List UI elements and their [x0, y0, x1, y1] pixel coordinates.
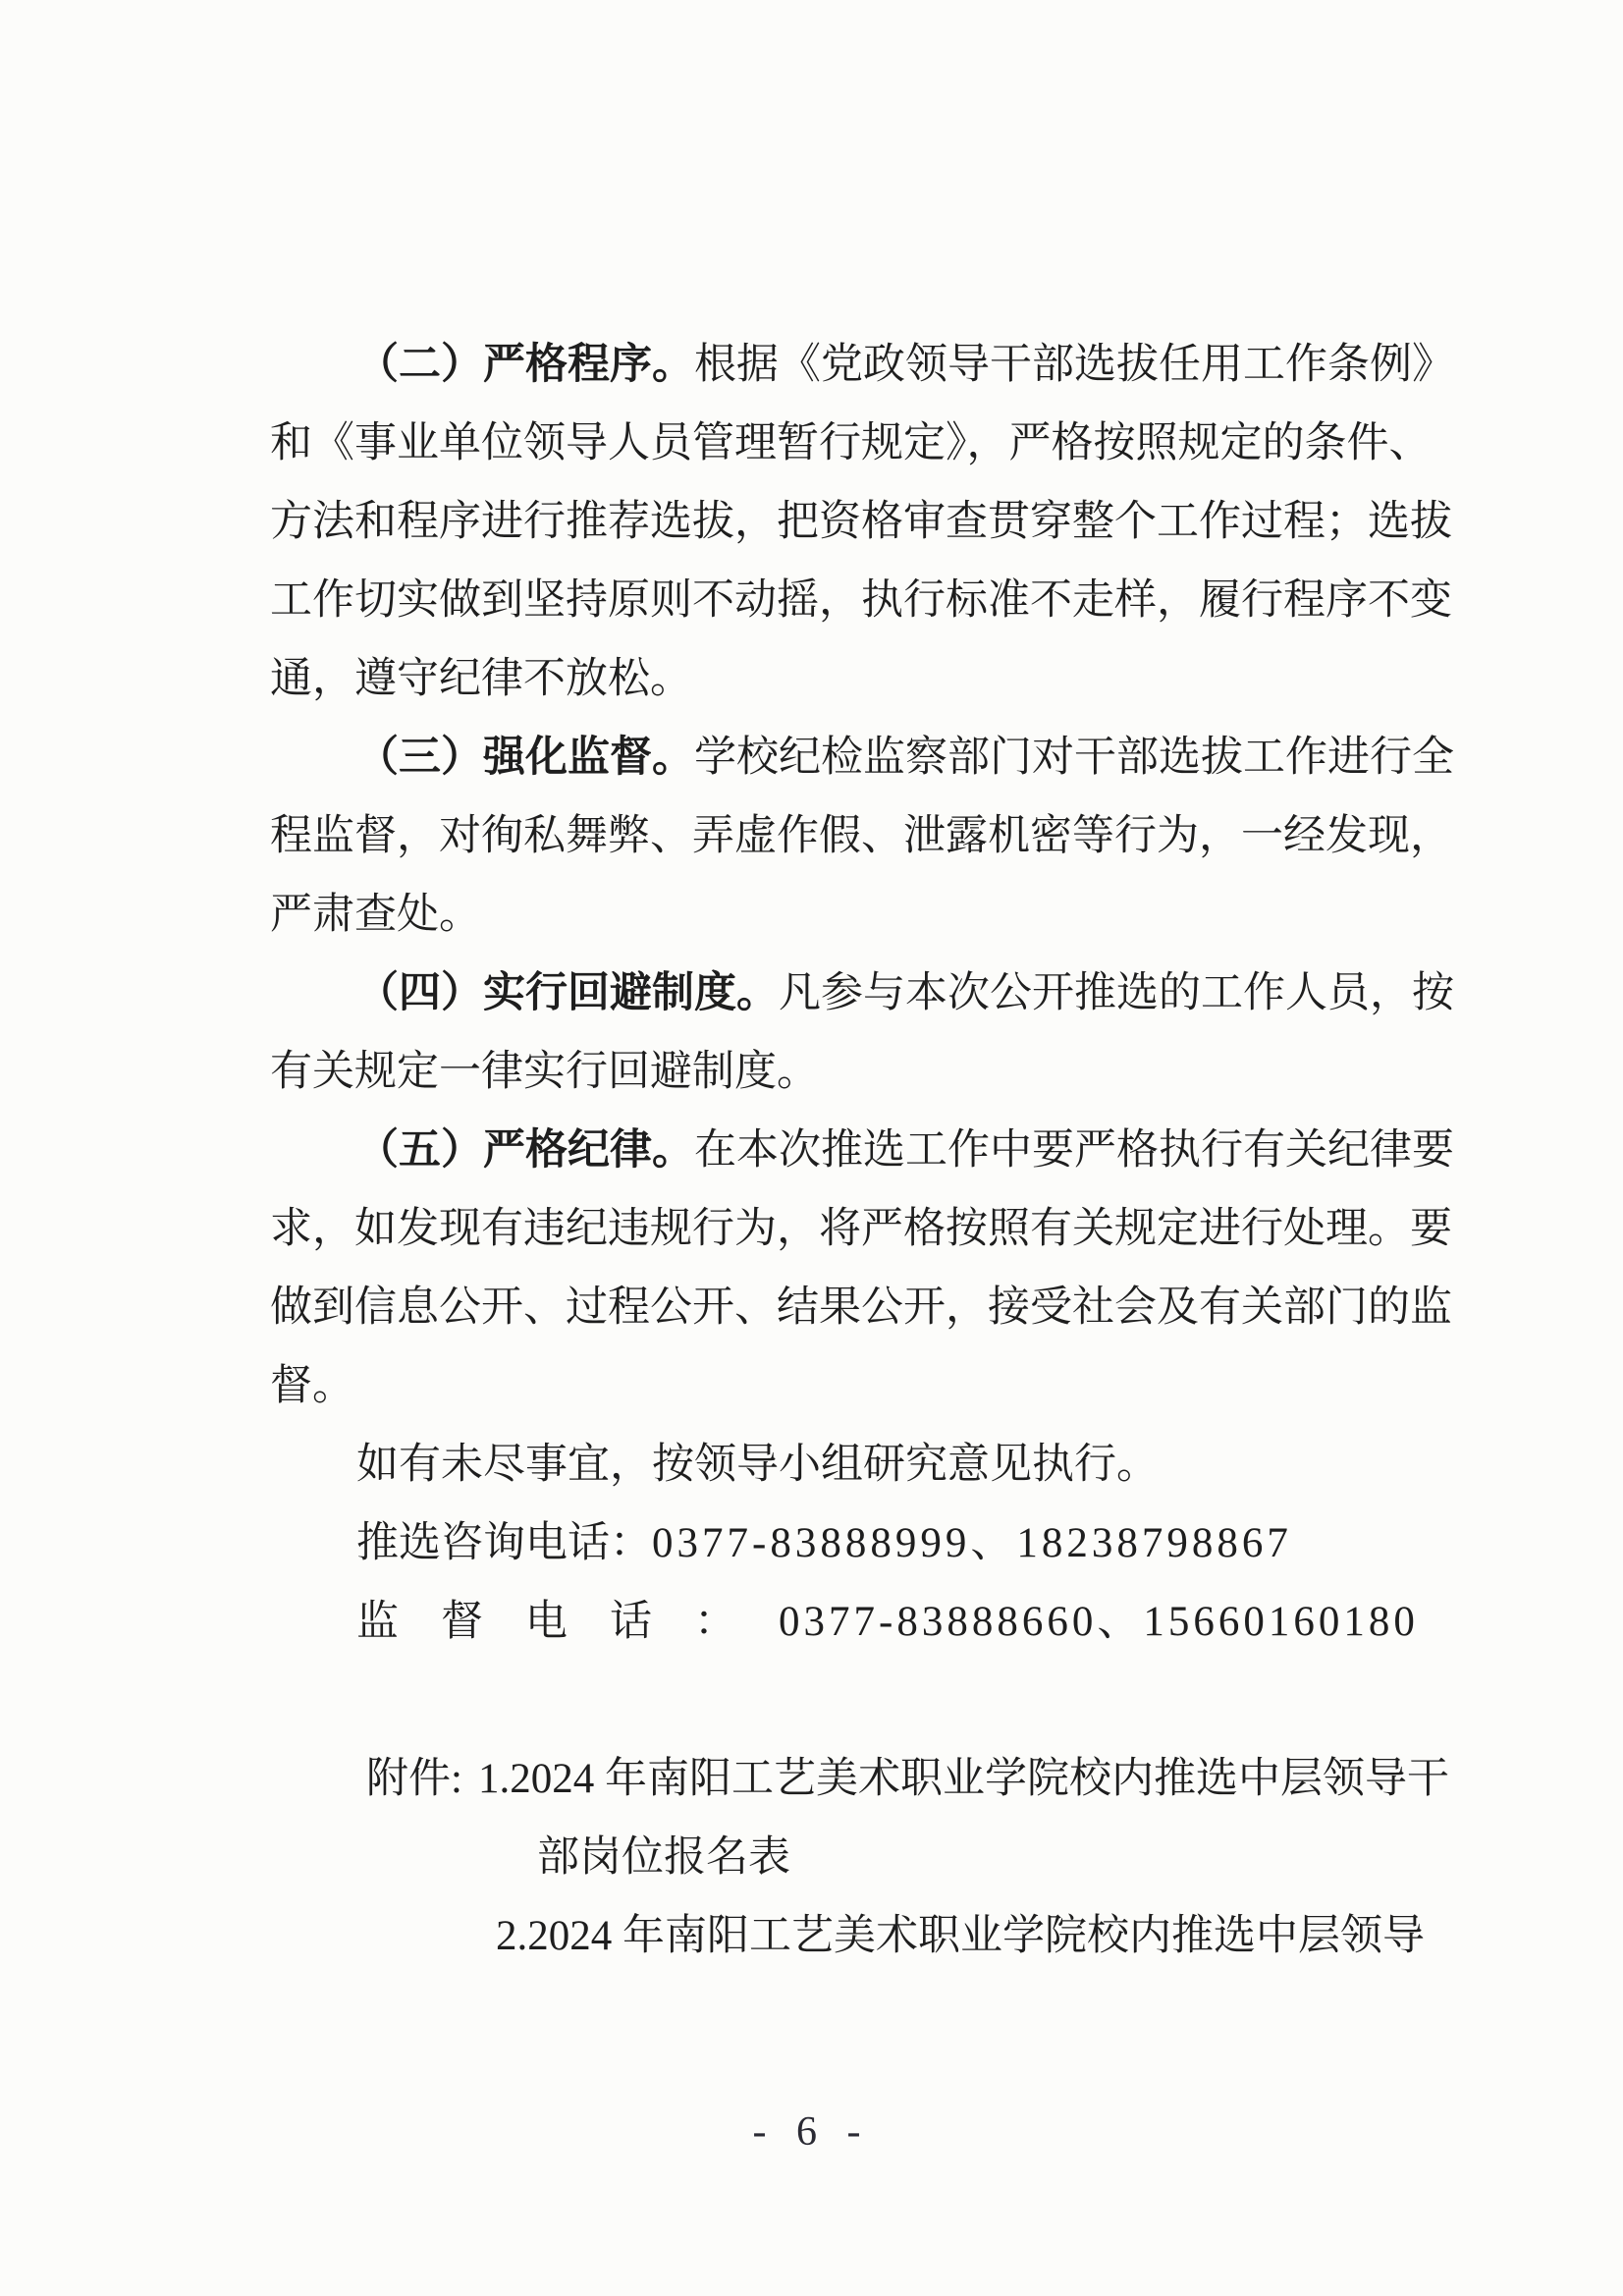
paragraph-line: 严肃查处。 — [270, 876, 1460, 955]
paragraph-line: 工作切实做到坚持原则不动摇，执行标准不走样，履行程序不变 — [270, 562, 1460, 640]
consult-phone-line: 推选咨询电话：0377-83888999、18238798867 — [270, 1504, 1460, 1583]
attachment-item-1: 1.2024 年南阳工艺美术职业学院校内推选中层领导干 — [478, 1756, 1449, 1802]
attachments-label: 附件: — [366, 1756, 478, 1802]
closing-line: 如有未尽事宜，按领导小组研究意见执行。 — [270, 1426, 1460, 1504]
paragraph-line: 求，如发现有违纪违规行为，将严格按照有关规定进行处理。要 — [270, 1190, 1460, 1269]
paragraph-line: 做到信息公开、过程公开、结果公开，接受社会及有关部门的监 — [270, 1269, 1460, 1347]
supervise-phone-line: 监督电话：0377-83888660、15660160180 — [270, 1583, 1460, 1662]
paragraph-line: （四）实行回避制度。凡参与本次公开推选的工作人员，按 — [270, 955, 1460, 1033]
section-heading: （四）实行回避制度。 — [356, 970, 779, 1016]
paragraph-line: 通，遵守纪律不放松。 — [270, 640, 1460, 719]
document-body: （二）严格程序。根据《党政领导干部选拔任用工作条例》 和《事业单位领导人员管理暂… — [270, 326, 1460, 1976]
paragraph-line: 有关规定一律实行回避制度。 — [270, 1033, 1460, 1112]
page-number: - 6 - — [0, 2107, 1623, 2157]
paragraph-line: 督。 — [270, 1347, 1460, 1426]
attachment-line: 部岗位报名表 — [270, 1819, 1460, 1897]
scanned-document-page: （二）严格程序。根据《党政领导干部选拔任用工作条例》 和《事业单位领导人员管理暂… — [0, 0, 1623, 2296]
section-heading: （五）严格纪律。 — [356, 1127, 694, 1174]
paragraph-line: 方法和程序进行推荐选拔，把资格审查贯穿整个工作过程；选拔 — [270, 483, 1460, 562]
paragraph-text: 学校纪检监察部门对干部选拔工作进行全 — [694, 735, 1454, 781]
consult-phone-label: 推选咨询电话： — [356, 1520, 652, 1566]
section-heading: （三）强化监督。 — [356, 735, 694, 781]
attachment-line: 附件:1.2024 年南阳工艺美术职业学院校内推选中层领导干 — [270, 1740, 1460, 1819]
paragraph-line: 程监督，对徇私舞弊、弄虚作假、泄露机密等行为，一经发现， — [270, 797, 1460, 876]
paragraph-line: （五）严格纪律。在本次推选工作中要严格执行有关纪律要 — [270, 1112, 1460, 1190]
consult-phone-number: 0377-83888999、18238798867 — [652, 1520, 1292, 1566]
paragraph-text: 根据《党政领导干部选拔任用工作条例》 — [694, 342, 1454, 388]
paragraph-line: 和《事业单位领导人员管理暂行规定》，严格按照规定的条件、 — [270, 405, 1460, 483]
paragraph-text: 凡参与本次公开推选的工作人员，按 — [779, 970, 1454, 1016]
supervise-phone-number: 0377-83888660、15660160180 — [779, 1599, 1419, 1645]
paragraph-text: 在本次推选工作中要严格执行有关纪律要 — [694, 1127, 1454, 1174]
paragraph-line: （二）严格程序。根据《党政领导干部选拔任用工作条例》 — [270, 326, 1460, 405]
attachment-line: 2.2024 年南阳工艺美术职业学院校内推选中层领导 — [270, 1897, 1460, 1976]
attachments-block: 附件:1.2024 年南阳工艺美术职业学院校内推选中层领导干 部岗位报名表 2.… — [270, 1740, 1460, 1976]
supervise-phone-label: 监督电话： — [356, 1599, 779, 1645]
paragraph-line: （三）强化监督。学校纪检监察部门对干部选拔工作进行全 — [270, 719, 1460, 797]
section-heading: （二）严格程序。 — [356, 342, 694, 388]
